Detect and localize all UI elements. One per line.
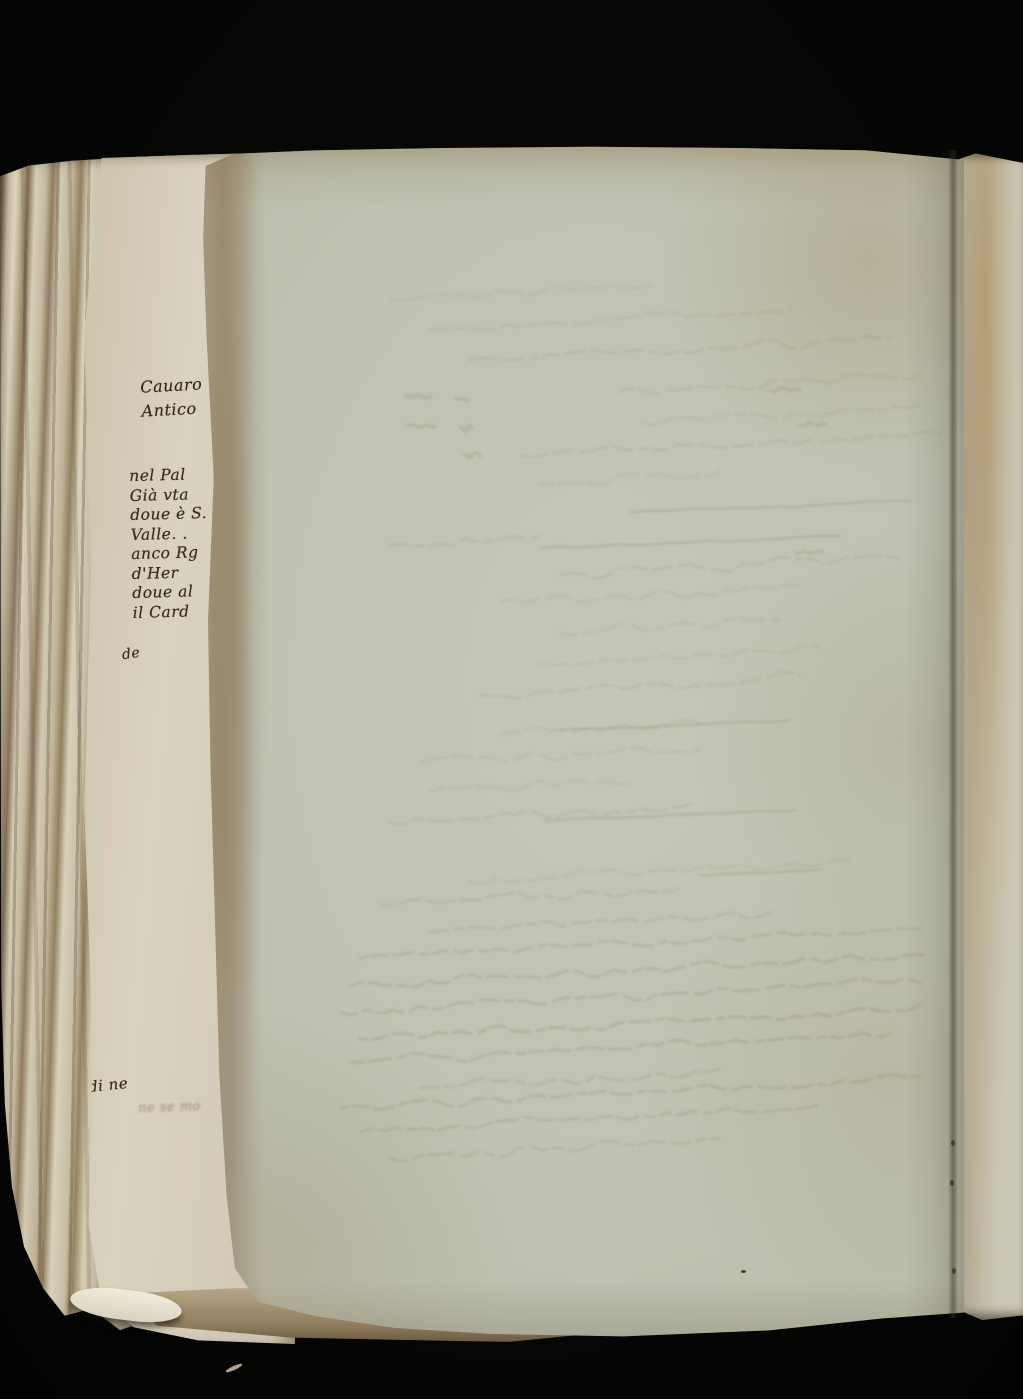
- bleed-line: [540, 471, 720, 485]
- bleed-line: [340, 979, 920, 1015]
- margin-note-line: Cauaro: [140, 374, 203, 396]
- crease-speck: [952, 1268, 956, 1274]
- bleed-line: [795, 551, 823, 553]
- crease-speck: [950, 1180, 954, 1186]
- margin-note-line: Valle. .: [131, 524, 188, 543]
- gutter-crease: [948, 150, 957, 1318]
- crease-speck: [951, 1140, 955, 1146]
- margin-note-line: Già vta: [129, 485, 189, 505]
- manuscript-page: [152, 142, 964, 1340]
- bleed-line: [640, 404, 920, 425]
- bleed-line: [360, 928, 920, 958]
- bleed-line: [405, 395, 431, 398]
- margin-note-line: Antico: [141, 399, 197, 421]
- margin-note-line: doue al: [132, 582, 193, 602]
- bleed-line: [390, 286, 650, 300]
- margin-note-lower: di ne: [87, 1074, 129, 1096]
- margin-note-faded: ne se mo: [138, 1099, 201, 1116]
- bleed-line: [430, 913, 770, 932]
- ink-speck: [741, 1270, 746, 1273]
- bleed-line: [540, 536, 840, 548]
- margin-note-line: d'Her: [132, 563, 179, 582]
- margin-note-line: nel Pal: [129, 466, 186, 485]
- bleed-line: [560, 618, 780, 635]
- margin-note-line: anco Rg: [131, 543, 199, 563]
- margin-note-single: de: [121, 645, 141, 663]
- bleed-line: [464, 452, 480, 458]
- bleed-line: [630, 501, 910, 513]
- stray-fiber: [225, 1362, 243, 1373]
- bleed-line: [408, 425, 436, 428]
- bleed-line: [350, 1033, 890, 1063]
- bleed-line: [470, 336, 890, 361]
- bleed-line: [360, 1104, 820, 1132]
- bleed-line: [360, 1005, 920, 1040]
- bleed-line: [520, 432, 940, 457]
- bleed-line: [420, 748, 700, 762]
- ink-bleedthrough: [152, 142, 964, 1340]
- bleed-line: [340, 1075, 920, 1110]
- photo-of-open-manuscript: CauaroAntico nel PalGià vtadoue è S.Vall…: [0, 0, 1023, 1399]
- bleed-line: [390, 805, 690, 825]
- bleed-line: [540, 645, 820, 665]
- margin-note-line: doue è S.: [130, 504, 207, 524]
- bleed-line: [380, 888, 680, 906]
- bleed-line: [800, 423, 826, 426]
- bleed-line: [455, 398, 469, 401]
- bleed-line: [390, 536, 540, 547]
- margin-note-line: il Card: [133, 602, 190, 621]
- bleed-line: [480, 672, 800, 698]
- bleed-line: [430, 780, 630, 792]
- bleed-line: [460, 425, 472, 432]
- margin-note-block: nel PalGià vtadoue è S.Valle. .anco Rgd'…: [129, 465, 210, 623]
- bleed-line: [390, 1138, 720, 1161]
- bleed-line: [770, 387, 800, 391]
- bleed-line: [500, 585, 800, 603]
- bleed-line: [430, 308, 790, 330]
- margin-note-upper: CauaroAntico: [140, 372, 204, 423]
- facing-page-sliver: [955, 150, 1023, 1320]
- bleed-line: [420, 1069, 720, 1088]
- bleed-line: [560, 555, 900, 578]
